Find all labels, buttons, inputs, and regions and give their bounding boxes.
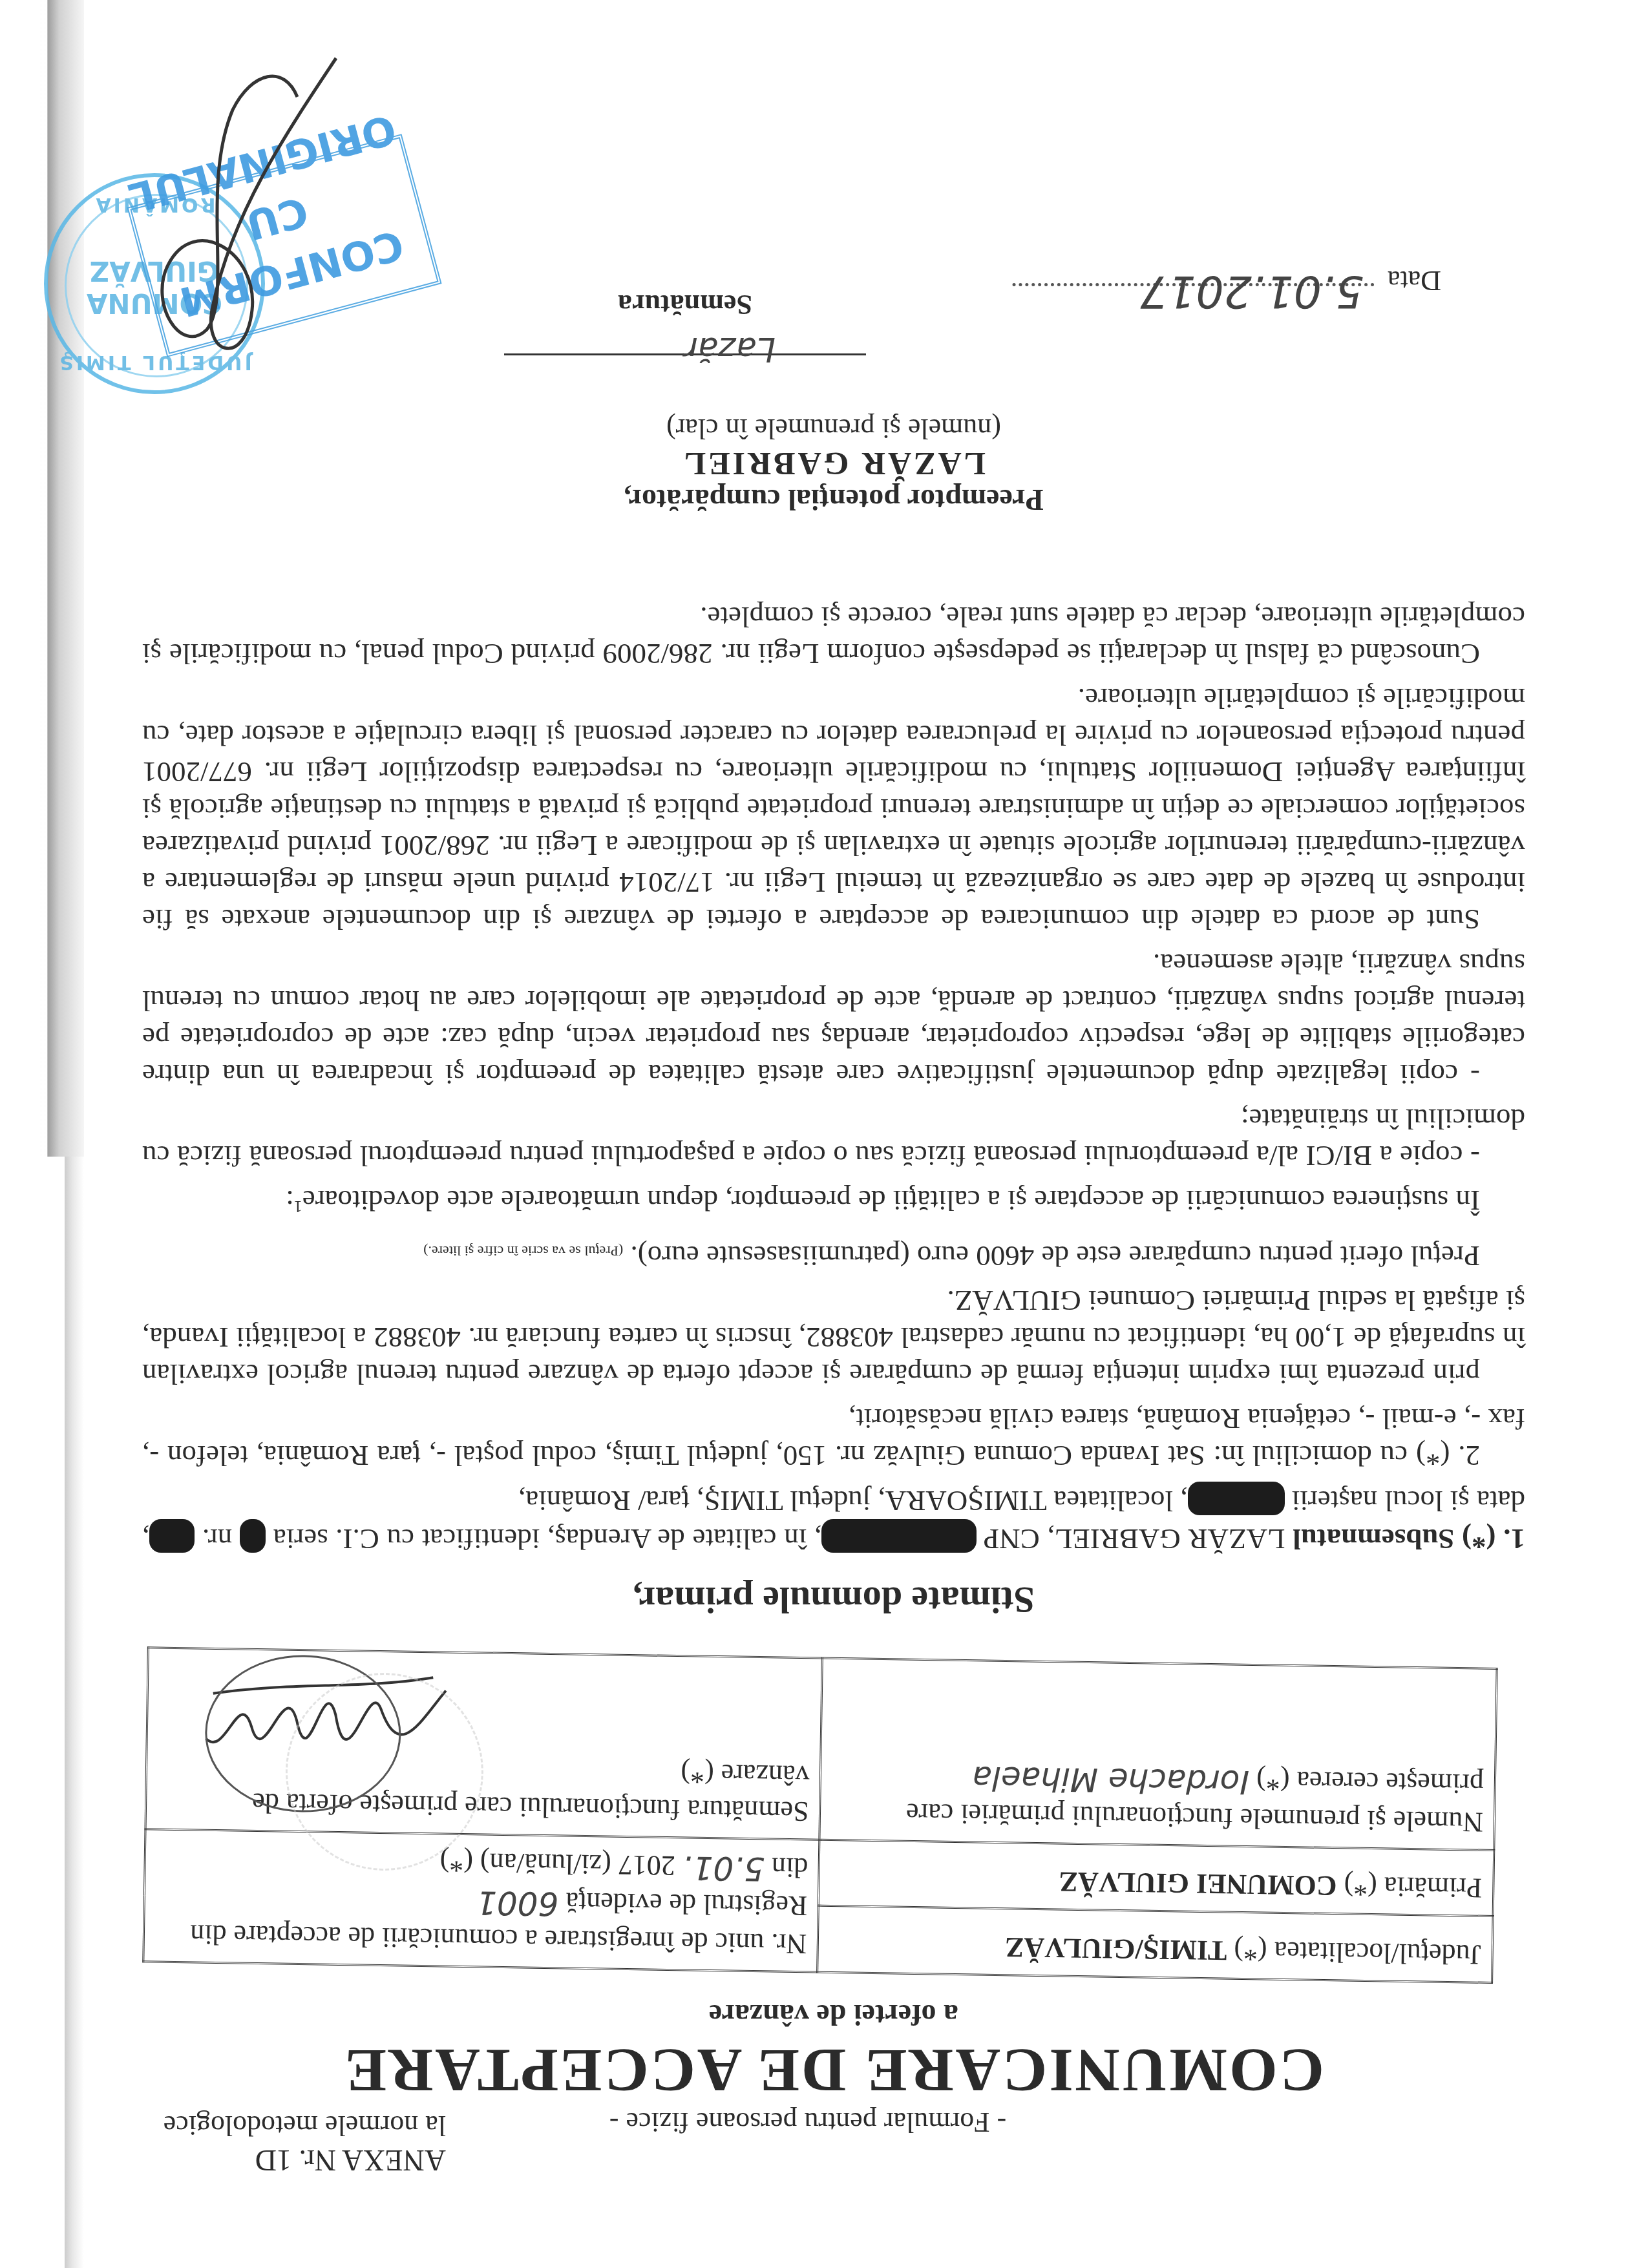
official-signature-cell: Semnătura funcţionarului care primeşte o… (145, 1648, 823, 1840)
supporting-docs-end: : (286, 1184, 294, 1217)
registration-date-handwritten: 5.01. (682, 1849, 765, 1887)
certifier-signature-icon (129, 45, 362, 381)
signature-label: Semnătura (523, 288, 847, 321)
county-locality-value: TIMIŞ/GIULVĂZ (1005, 1931, 1227, 1966)
scan-edge-shadow-faint (65, 1157, 84, 2268)
paragraph-domicile: 2. (*) cu domiciliul în: Sat Ivanda Comu… (142, 1400, 1525, 1474)
date-block: Data 5.01.2017 (860, 264, 1441, 297)
annex-reference: la normele metodologice (164, 2108, 446, 2143)
id-number-label: nr. (202, 1523, 232, 1555)
body-text: 1. (*) Subsemnatul LAZĂR GABRIEL, CNP , … (142, 591, 1525, 1557)
registry-row: Numele şi prenumele funcţionarului primă… (145, 1648, 1497, 1851)
official-name-handwritten: Iordache Mihaela (972, 1759, 1250, 1801)
preemptor-label: Preemptor potenţial cumpărător, (142, 483, 1525, 517)
applicant-name: LAZĂR GABRIEL (1055, 1523, 1285, 1555)
registration-number-handwritten: 6001 (476, 1884, 559, 1922)
preemptor-name-hint: (numele şi prenumele în clar) (142, 412, 1525, 445)
annex-number: ANEXA Nr. 1D (164, 2143, 446, 2178)
bullet-id-copy: - copie a BI/CI al/a preemptorului perso… (142, 1100, 1525, 1174)
form-type: - Formular pentru persoane fizice - (452, 2106, 1163, 2139)
city-hall-cell: Primăria (*) COMUNEI GIULVĂZ (819, 1840, 1494, 1916)
registration-number-cell: Nr. unic de înregistrare a comunicării d… (143, 1829, 820, 1972)
redacted-cnp (821, 1519, 977, 1553)
cnp-label: , CNP (984, 1523, 1055, 1555)
official-name-cell: Numele şi prenumele funcţionarului primă… (819, 1658, 1497, 1850)
date-label: Data (1388, 265, 1441, 297)
paragraph-supporting-docs: În susţinerea comunicării de acceptare ş… (142, 1182, 1525, 1225)
redacted-birth-date (1188, 1482, 1285, 1515)
applicant-signature-handwritten: Lazăr (684, 330, 776, 368)
p1-mid: , în calitate de Arendaş, identificat cu… (273, 1523, 822, 1555)
p1-locality: , localitatea TIMIŞOARA, judeţul TIMIŞ, … (518, 1485, 1188, 1517)
applicant-signature-block: Lazăr Semnătura (523, 288, 847, 355)
p1-prefix: 1. (*) Subsemnatul (1293, 1523, 1525, 1555)
redacted-id-series (240, 1519, 266, 1553)
bullet-legal-copies: - copii legalizate după documentele just… (142, 945, 1525, 1093)
annex-header: ANEXA Nr. 1D la normele metodologice (164, 2108, 446, 2178)
registration-date-prefix: din (772, 1851, 808, 1884)
supporting-docs-text: În susţinerea comunicării de acceptare ş… (302, 1184, 1480, 1217)
city-hall-value: COMUNEI GIULVĂZ (1059, 1866, 1337, 1902)
document-subtitle: a ofertei de vânzare (142, 1998, 1525, 2032)
registry-table: Judeţul/localitatea (*) TIMIŞ/GIULVĂZ Nr… (142, 1646, 1497, 1984)
preemptor-name: LAZĂR GABRIEL (142, 445, 1525, 483)
paragraph-intent: prin prezenta îmi exprim intenţia fermă … (142, 1282, 1525, 1392)
county-locality-cell: Judeţul/localitatea (*) TIMIŞ/GIULVĂZ (818, 1906, 1493, 1983)
paragraph-identity: 1. (*) Subsemnatul LAZĂR GABRIEL, CNP , … (142, 1482, 1525, 1557)
salutation: Stimate domnule primar, (142, 1579, 1525, 1622)
scan-edge-shadow (39, 0, 84, 1157)
paragraph-price: Preţul oferit pentru cumpărare este de 4… (142, 1233, 1525, 1274)
date-handwritten: 5.01.2017 (1140, 266, 1364, 317)
document-page-rotated: ANEXA Nr. 1D la normele metodologice - F… (0, 0, 1648, 2268)
redacted-id-number (149, 1519, 195, 1553)
city-hall-label: Primăria (*) (1344, 1871, 1483, 1904)
scanned-page: ANEXA Nr. 1D la normele metodologice - F… (0, 0, 1648, 2268)
paragraph-data-consent: Sunt de acord ca datele din comunicarea … (142, 680, 1525, 938)
footnote-marker: 1 (294, 1197, 302, 1216)
price-text: Preţul oferit pentru cumpărare este de 4… (630, 1240, 1480, 1272)
price-note: (Preţul se va scrie în cifre şi litere.) (423, 1243, 623, 1259)
county-locality-label: Judeţul/localitatea (*) (1234, 1935, 1481, 1971)
document-title: COMUNICARE DE ACCEPTARE (142, 2035, 1525, 2106)
preemptor-block: Preemptor potenţial cumpărător, LAZĂR GA… (142, 412, 1525, 517)
paragraph-declaration: Cunoscând că falsul în declaraţii se ped… (142, 598, 1525, 672)
registration-date-suffix: 2017 (zi/lună/an) (*) (439, 1846, 675, 1882)
